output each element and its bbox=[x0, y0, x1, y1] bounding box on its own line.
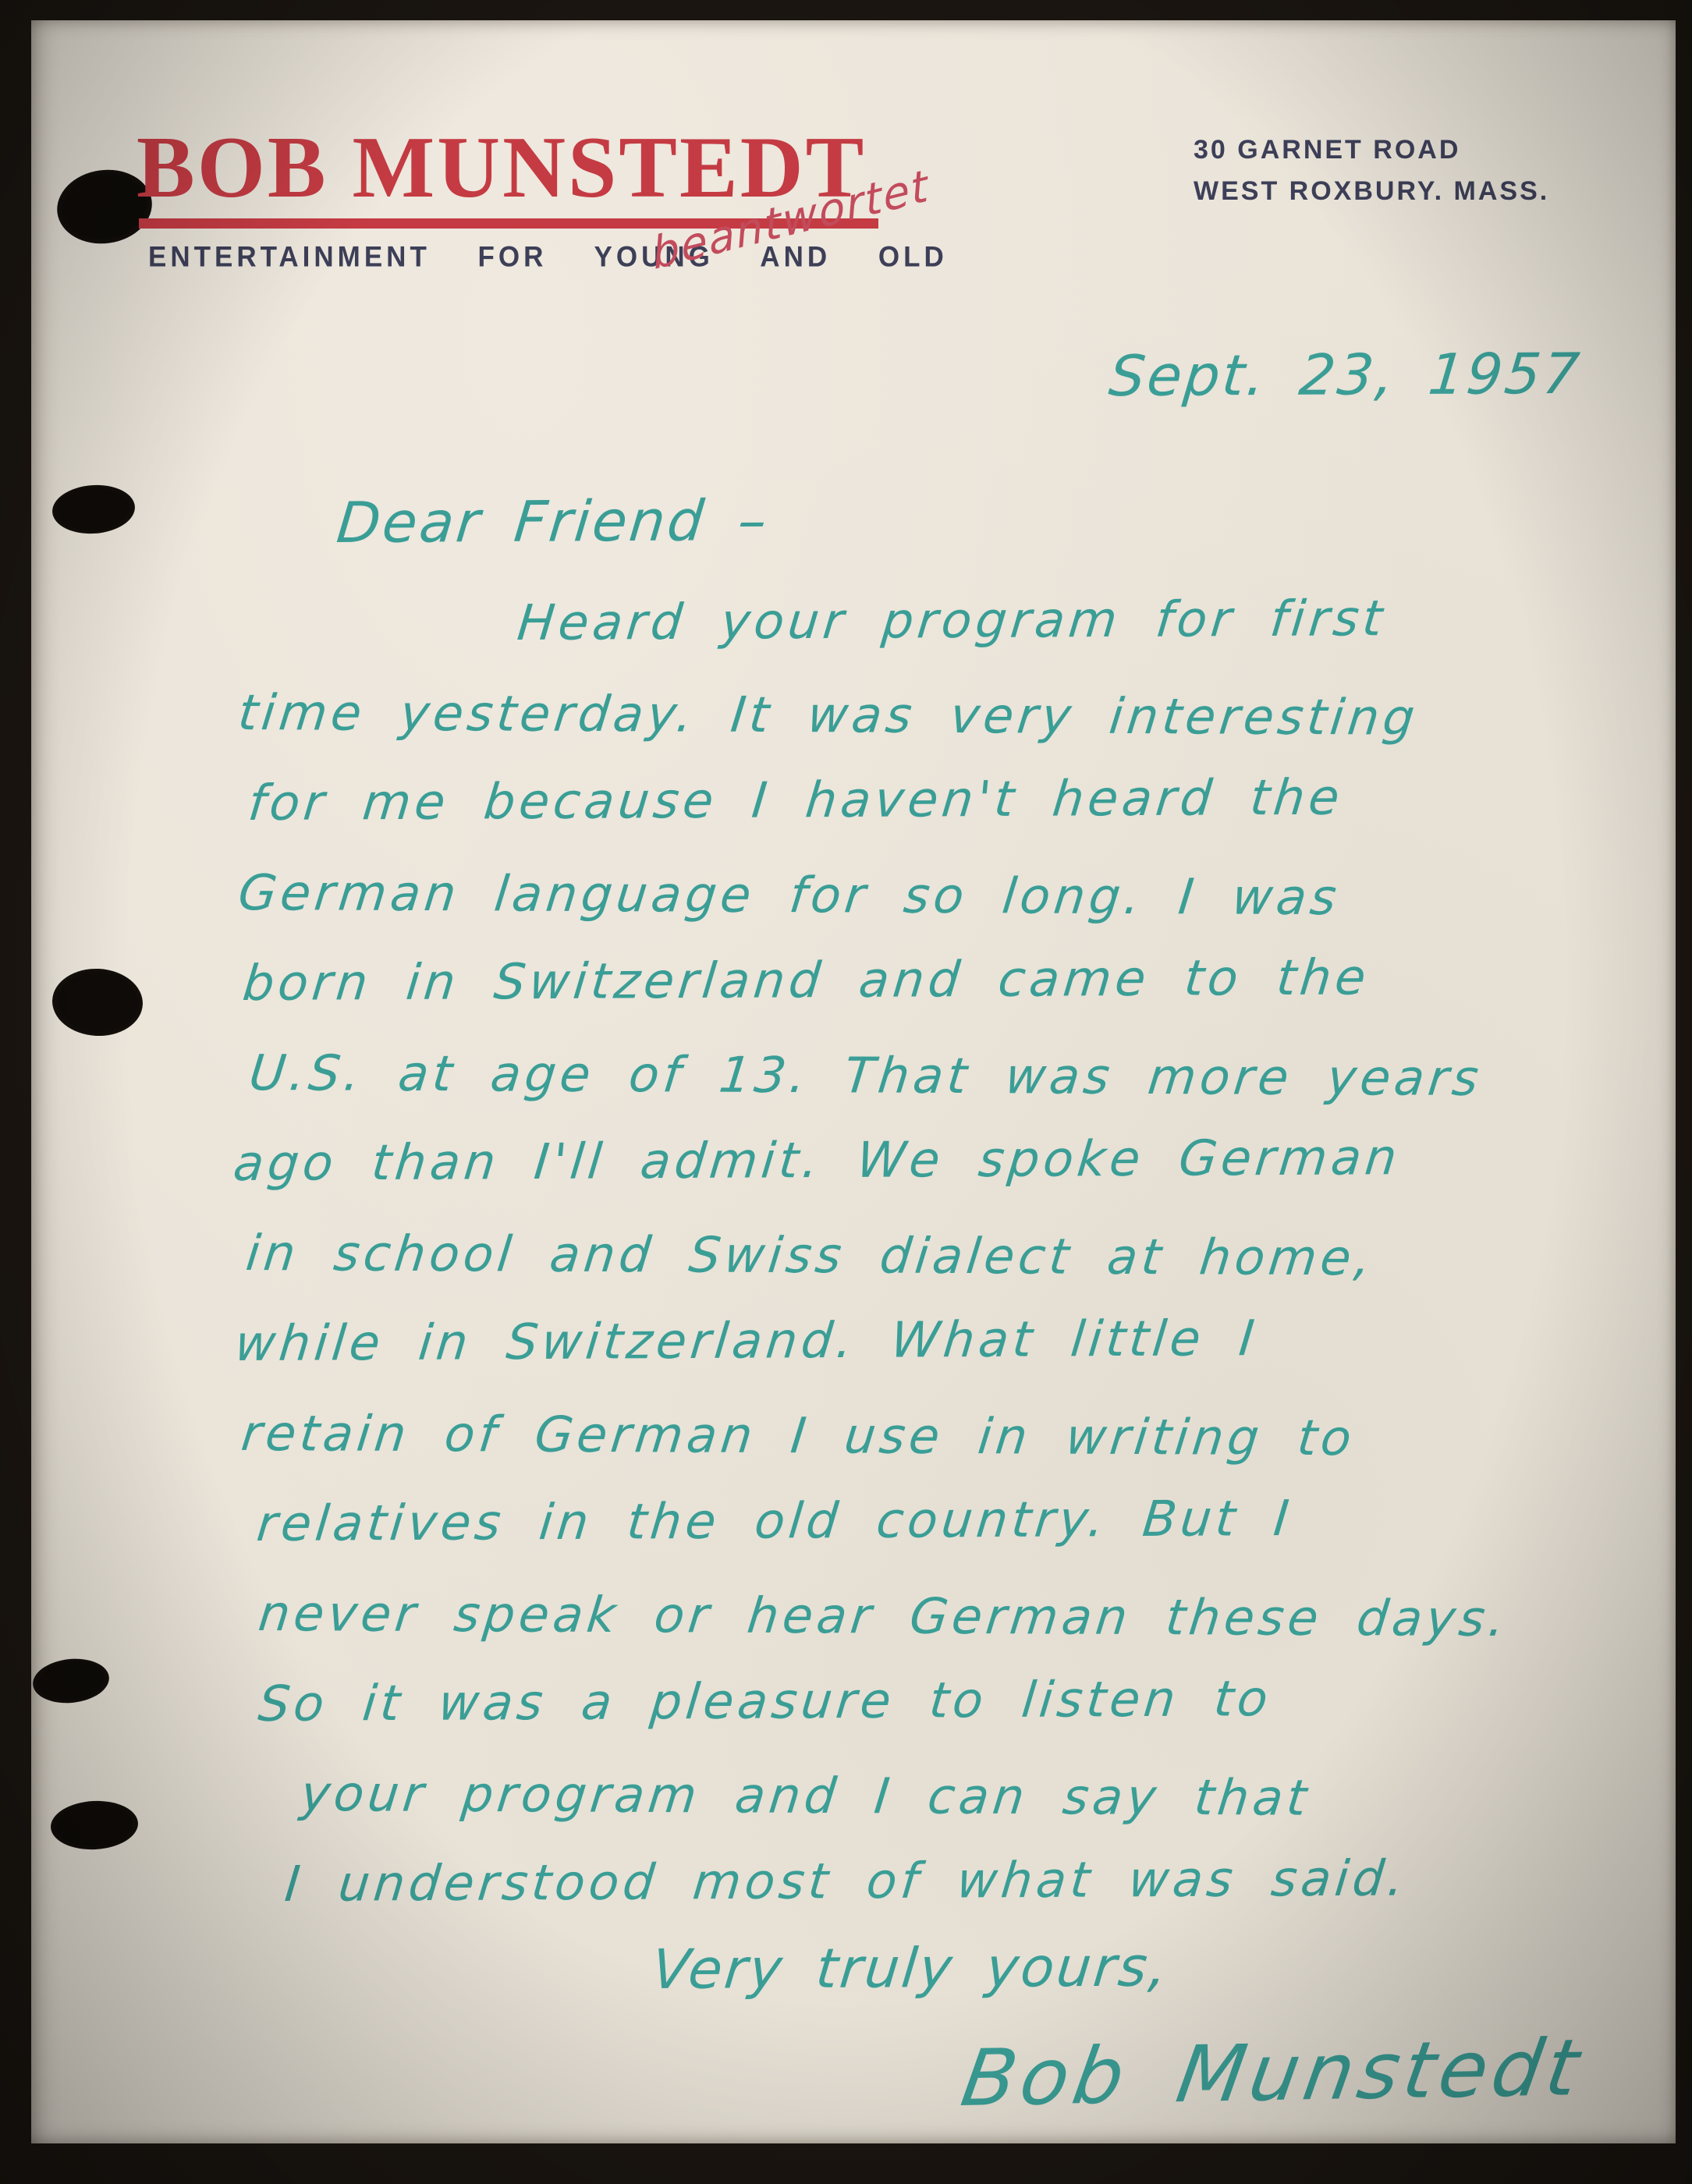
letter-line: relatives in the old country. But I bbox=[254, 1490, 1295, 1552]
letter-line: never speak or hear German these days. bbox=[256, 1585, 1511, 1647]
scanned-letter-scan: BOB MUNSTEDT ENTERTAINMENT FOR YOUNG AND… bbox=[0, 0, 1692, 2184]
letter-line: German language for so long. I was bbox=[236, 864, 1343, 926]
punch-hole-icon bbox=[51, 966, 144, 1038]
letter-line: your program and I can say that bbox=[298, 1765, 1313, 1827]
punch-hole-icon bbox=[51, 482, 137, 536]
letter-line: So it was a pleasure to listen to bbox=[256, 1670, 1274, 1732]
letter-line: U.S. at age of 13. That was more years bbox=[247, 1044, 1485, 1107]
letter-line: I understood most of what was said. bbox=[282, 1849, 1410, 1913]
letter-line: time yesterday. It was very interesting bbox=[236, 684, 1421, 746]
salutation: Dear Friend – bbox=[334, 487, 772, 555]
punch-hole-icon bbox=[49, 1799, 139, 1852]
closing: Very truly yours, bbox=[649, 1935, 1172, 2001]
letter-line: while in Switzerland. What little I bbox=[232, 1310, 1261, 1372]
signature: Bob Munstedt bbox=[956, 2022, 1590, 2124]
letter-line: born in Switzerland and came to the bbox=[240, 948, 1372, 1012]
letter-paper: BOB MUNSTEDT ENTERTAINMENT FOR YOUNG AND… bbox=[31, 20, 1676, 2143]
letter-line: for me because I haven't heard the bbox=[246, 769, 1346, 831]
address-line-2: WEST ROXBURY. MASS. bbox=[1194, 171, 1549, 212]
letterhead-address: 30 GARNET ROAD WEST ROXBURY. MASS. bbox=[1194, 129, 1549, 212]
address-line-1: 30 GARNET ROAD bbox=[1194, 129, 1549, 171]
letter-date: Sept. 23, 1957 bbox=[1106, 341, 1584, 409]
letter-line: in school and Swiss dialect at home, bbox=[243, 1225, 1378, 1286]
letter-line: retain of German I use in writing to bbox=[239, 1405, 1358, 1466]
letter-line: ago than I'll admit. We spoke German bbox=[231, 1129, 1403, 1192]
punch-hole-icon bbox=[30, 1655, 111, 1707]
letter-line: Heard your program for first bbox=[515, 590, 1389, 651]
